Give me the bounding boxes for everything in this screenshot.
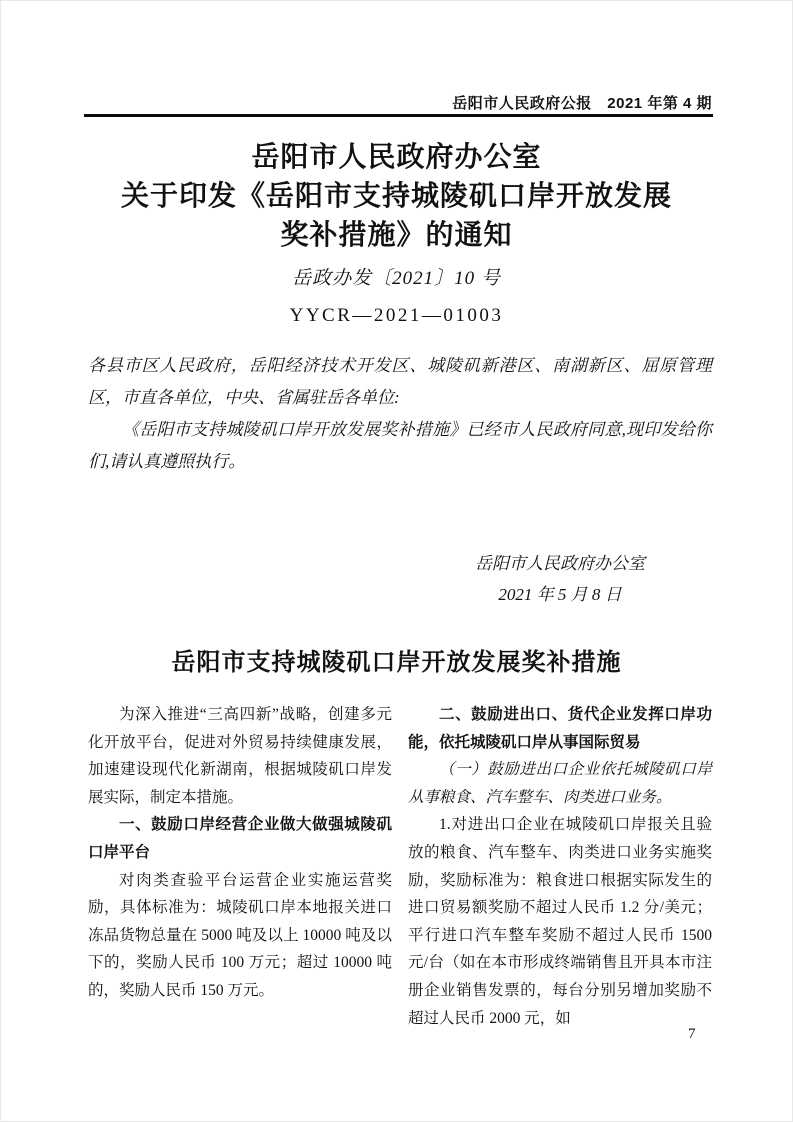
serial-number: YYCR—2021—01003 — [0, 305, 793, 327]
notice-title-line-3: 奖补措施》的通知 — [0, 216, 793, 255]
document-number: 岳政办发〔2021〕10 号 — [0, 263, 793, 290]
measures-subheading: （一）鼓励进出口企业依托城陵矶口岸从事粮食、汽车整车、肉类进口业务。 — [408, 756, 712, 811]
notice-body: 各县市区人民政府，岳阳经济技术开发区、城陵矶新港区、南湖新区、屈原管理区，市直各… — [88, 350, 712, 478]
measures-paragraph: 对肉类查验平台运营企业实施运营奖励，具体标准为：城陵矶口岸本地报关进口冻品货物总… — [88, 867, 392, 1005]
notice-title-line-1: 岳阳市人民政府办公室 — [0, 138, 793, 177]
measures-paragraph: 为深入推进“三高四新”战略，创建多元化开放平台，促进对外贸易持续健康发展，加速建… — [88, 701, 392, 811]
right-column: 二、鼓励进出口、货代企业发挥口岸功能，依托城陵矶口岸从事国际贸易 （一）鼓励进出… — [408, 701, 712, 1032]
masthead-text: 岳阳市人民政府公报 2021 年第 4 期 — [452, 92, 712, 113]
page-number: 7 — [688, 1026, 696, 1043]
signature-date: 2021 年 5 月 8 日 — [430, 579, 690, 610]
gazette-page: 岳阳市人民政府公报 2021 年第 4 期 岳阳市人民政府办公室 关于印发《岳阳… — [0, 0, 793, 1122]
notice-title: 岳阳市人民政府办公室 关于印发《岳阳市支持城陵矶口岸开放发展 奖补措施》的通知 — [0, 138, 793, 255]
measures-title: 岳阳市支持城陵矶口岸开放发展奖补措施 — [0, 642, 793, 677]
notice-title-line-2: 关于印发《岳阳市支持城陵矶口岸开放发展 — [0, 177, 793, 216]
left-column: 为深入推进“三高四新”战略，创建多元化开放平台，促进对外贸易持续健康发展，加速建… — [88, 701, 392, 1032]
signature-org: 岳阳市人民政府办公室 — [430, 548, 690, 579]
header-rule — [84, 114, 713, 117]
measures-columns: 为深入推进“三高四新”战略，创建多元化开放平台，促进对外贸易持续健康发展，加速建… — [88, 701, 712, 1032]
signature-block: 岳阳市人民政府办公室 2021 年 5 月 8 日 — [430, 548, 690, 610]
measures-heading-2: 二、鼓励进出口、货代企业发挥口岸功能，依托城陵矶口岸从事国际贸易 — [408, 701, 712, 756]
measures-heading-1: 一、鼓励口岸经营企业做大做强城陵矶口岸平台 — [88, 811, 392, 866]
measures-paragraph: 1.对进出口企业在城陵矶口岸报关且验放的粮食、汽车整车、肉类进口业务实施奖励，奖… — [408, 811, 712, 1032]
notice-addressee: 各县市区人民政府，岳阳经济技术开发区、城陵矶新港区、南湖新区、屈原管理区，市直各… — [88, 350, 712, 414]
notice-paragraph: 《岳阳市支持城陵矶口岸开放发展奖补措施》已经市人民政府同意,现印发给你们,请认真… — [88, 414, 712, 478]
